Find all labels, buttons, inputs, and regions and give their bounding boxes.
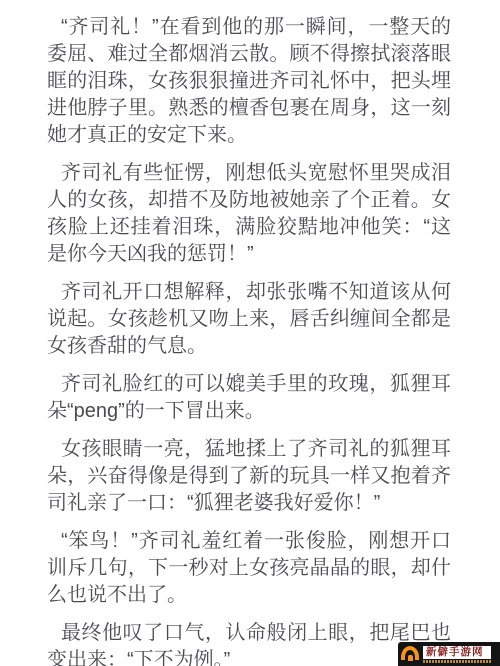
watermark-text-block: 新僻手游网 [423,646,491,663]
novel-paragraph: “笨鸟！”齐司礼羞红着一张俊脸，刚想开口训斥几句，下一秒对上女孩亮晶晶的眼，却什… [47,528,451,609]
watermark-url-blur [423,660,491,663]
novel-paragraph: 齐司礼有些怔愣，刚想低头宽慰怀里哭成泪人的女孩，却措不及防地被她亲了个正着。女孩… [47,160,451,268]
novel-paragraph: 女孩眼睛一亮，猛地揉上了齐司礼的狐狸耳朵，兴奋得像是得到了新的玩具一样又抱着齐司… [47,436,451,517]
novel-paragraph: “齐司礼！”在看到他的那一瞬间，一整天的委屈、难过全都烟消云散。顾不得擦拭滚落眼… [47,14,451,149]
novel-reader-page: “齐司礼！”在看到他的那一瞬间，一整天的委屈、难过全都烟消云散。顾不得擦拭滚落眼… [0,0,500,666]
watermark-badge: 新僻手游网 [398,642,500,666]
watermark-site-name: 新僻手游网 [423,646,491,659]
novel-paragraph: 齐司礼开口想解释，却张张嘴不知道该从何说起。女孩趁机又吻上来，唇舌纠缠间全都是女… [47,279,451,360]
house-icon [401,645,420,663]
novel-paragraph: 齐司礼脸红的可以媲美手里的玫瑰，狐狸耳朵“peng”的一下冒出来。 [47,371,451,425]
novel-text-content: “齐司礼！”在看到他的那一瞬间，一整天的委屈、难过全都烟消云散。顾不得擦拭滚落眼… [0,0,500,666]
novel-paragraph: 最终他叹了口气，认命般闭上眼，把尾巴也变出来：“下不为例。” [47,620,451,666]
